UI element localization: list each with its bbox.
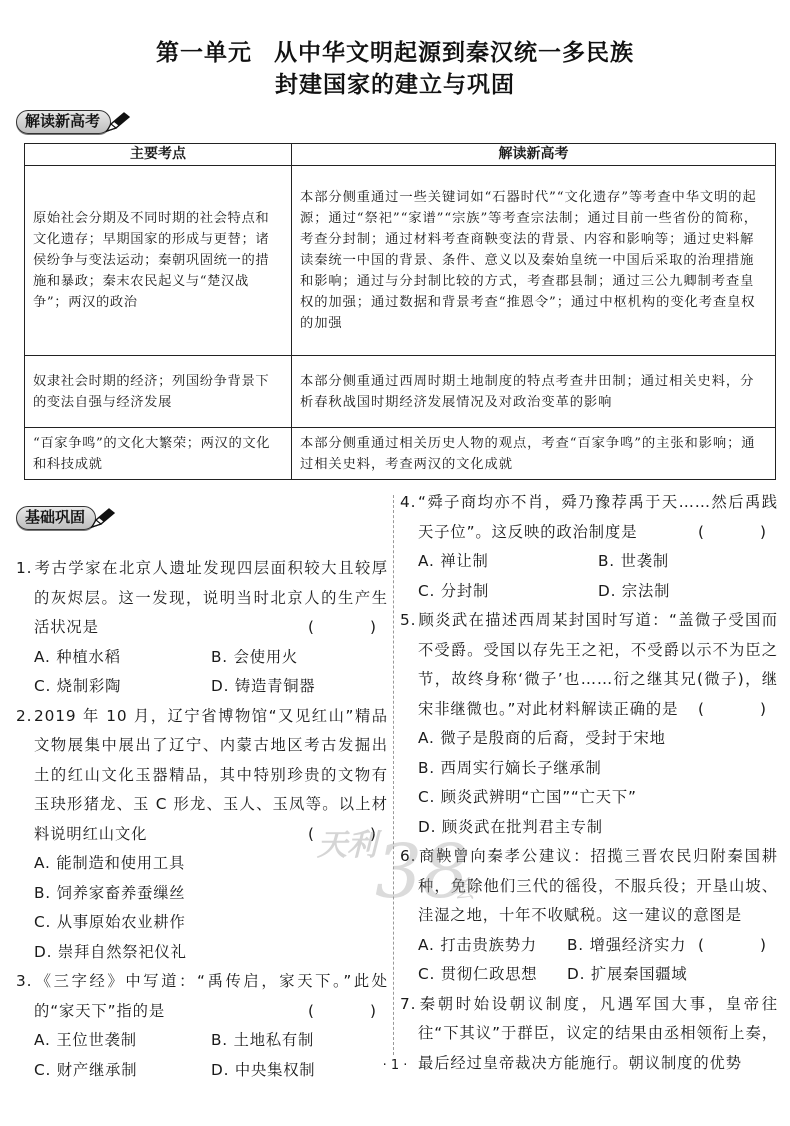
column-divider: [393, 495, 394, 1055]
section-badge-label: 基础巩固: [16, 506, 96, 530]
header-reading: 解读新高考: [292, 144, 776, 166]
table-row: 奴隶社会时期的经济；列国纷争背景下的变法自强与经济发展 本部分侧重通过西周时期土…: [25, 356, 776, 428]
table-header-row: 主要考点 解读新高考: [25, 144, 776, 166]
option-a[interactable]: A. 打击贵族势力: [418, 931, 567, 961]
header-key-points: 主要考点: [25, 144, 292, 166]
answer-blank[interactable]: (): [326, 613, 388, 643]
key-point-cell: 奴隶社会时期的经济；列国纷争背景下的变法自强与经济发展: [25, 356, 292, 428]
section-badge-reading: 解读新高考: [16, 109, 131, 135]
option-d[interactable]: D. 顾炎武在批判君主专制: [418, 813, 778, 843]
table-row: “百家争鸣”的文化大繁荣；两汉的文化和科技成就 本部分侧重通过相关历史人物的观点…: [25, 428, 776, 480]
question-number: 6.: [400, 842, 418, 872]
reading-cell: 本部分侧重通过西周时期土地制度的特点考查井田制；通过相关史料，分析春秋战国时期经…: [292, 356, 776, 428]
option-c[interactable]: C. 分封制: [418, 577, 598, 607]
section-badge-label: 解读新高考: [16, 110, 111, 134]
option-a[interactable]: A. 种植水稻: [34, 643, 211, 673]
option-a[interactable]: A. 禅让制: [418, 547, 598, 577]
page-number: · 1 ·: [0, 1058, 790, 1073]
key-point-cell: “百家争鸣”的文化大繁荣；两汉的文化和科技成就: [25, 428, 292, 480]
unit-title-main: 从中华文明起源到秦汉统一多民族: [274, 39, 634, 66]
option-a[interactable]: A. 能制造和使用工具: [34, 849, 388, 879]
unit-label: 第一单元: [156, 39, 252, 66]
option-d[interactable]: D. 扩展秦国疆域: [567, 960, 716, 990]
pencil-icon: [105, 111, 131, 133]
option-c[interactable]: C. 烧制彩陶: [34, 672, 211, 702]
pencil-icon: [90, 507, 116, 529]
question-4: 4.“舜子商均亦不肖，舜乃豫荐禹于天……然后禹践天子位”。这反映的政治制度是()…: [400, 488, 778, 606]
right-column: 4.“舜子商均亦不肖，舜乃豫荐禹于天……然后禹践天子位”。这反映的政治制度是()…: [400, 488, 778, 1078]
question-number: 5.: [400, 606, 418, 636]
answer-blank[interactable]: (): [716, 695, 778, 725]
unit-title-line-2: 封建国家的建立与巩固: [0, 66, 790, 99]
question-6: 6.商鞅曾向秦孝公建议：招揽三晋农民归附秦国耕种，免除他们三代的徭役，不服兵役；…: [400, 842, 778, 990]
section-badge-basics: 基础巩固: [16, 505, 116, 531]
reading-cell: 本部分侧重通过一些关键词如“石器时代”“文化遗存”等考查中华文明的起源；通过“祭…: [292, 166, 776, 356]
key-points-table: 主要考点 解读新高考 原始社会分期及不同时期的社会特点和文化遗存；早期国家的形成…: [24, 143, 776, 480]
question-number: 1.: [16, 554, 34, 584]
reading-cell: 本部分侧重通过相关历史人物的观点，考查“百家争鸣”的主张和影响；通过相关史料，考…: [292, 428, 776, 480]
answer-blank[interactable]: (): [326, 997, 388, 1027]
question-number: 7.: [400, 990, 418, 1020]
key-point-cell: 原始社会分期及不同时期的社会特点和文化遗存；早期国家的形成与更替；诸侯纷争与变法…: [25, 166, 292, 356]
question-number: 2.: [16, 702, 34, 732]
option-c[interactable]: C. 从事原始农业耕作: [34, 908, 388, 938]
question-2: 2.2019 年 10 月，辽宁省博物馆“又见红山”精品文物展集中展出了辽宁、内…: [16, 702, 388, 968]
option-c[interactable]: C. 顾炎武辨明“亡国”“亡天下”: [418, 783, 778, 813]
option-b[interactable]: B. 世袭制: [598, 547, 778, 577]
unit-title-line-1: 第一单元从中华文明起源到秦汉统一多民族: [0, 34, 790, 67]
option-c[interactable]: C. 贯彻仁政思想: [418, 960, 567, 990]
option-d[interactable]: D. 崇拜自然祭祀仪礼: [34, 938, 388, 968]
table-row: 原始社会分期及不同时期的社会特点和文化遗存；早期国家的形成与更替；诸侯纷争与变法…: [25, 166, 776, 356]
option-d[interactable]: D. 宗法制: [598, 577, 778, 607]
question-1: 1.考古学家在北京人遗址发现四层面积较大且较厚的灰烬层。这一发现，说明当时北京人…: [16, 554, 388, 702]
option-a[interactable]: A. 王位世袭制: [34, 1026, 211, 1056]
left-column: 1.考古学家在北京人遗址发现四层面积较大且较厚的灰烬层。这一发现，说明当时北京人…: [16, 554, 388, 1085]
answer-blank[interactable]: (): [716, 518, 778, 548]
option-b[interactable]: B. 西周实行嫡长子继承制: [418, 754, 778, 784]
option-d[interactable]: D. 铸造青铜器: [211, 672, 388, 702]
option-b[interactable]: B. 饲养家畜养蚕缫丝: [34, 879, 388, 909]
option-b[interactable]: B. 增强经济实力: [567, 931, 716, 961]
answer-blank[interactable]: (): [326, 820, 388, 850]
option-a[interactable]: A. 微子是殷商的后裔，受封于宋地: [418, 724, 778, 754]
question-stem: 商鞅曾向秦孝公建议：招揽三晋农民归附秦国耕种，免除他们三代的徭役，不服兵役；开垦…: [418, 847, 778, 924]
question-number: 3.: [16, 967, 34, 997]
option-b[interactable]: B. 会使用火: [211, 643, 388, 673]
question-number: 4.: [400, 488, 418, 518]
question-5: 5.顾炎武在描述西周某封国时写道：“盖微子受国而不受爵。受国以存先王之祀，不受爵…: [400, 606, 778, 842]
option-b[interactable]: B. 土地私有制: [211, 1026, 388, 1056]
answer-blank[interactable]: (): [716, 931, 778, 961]
